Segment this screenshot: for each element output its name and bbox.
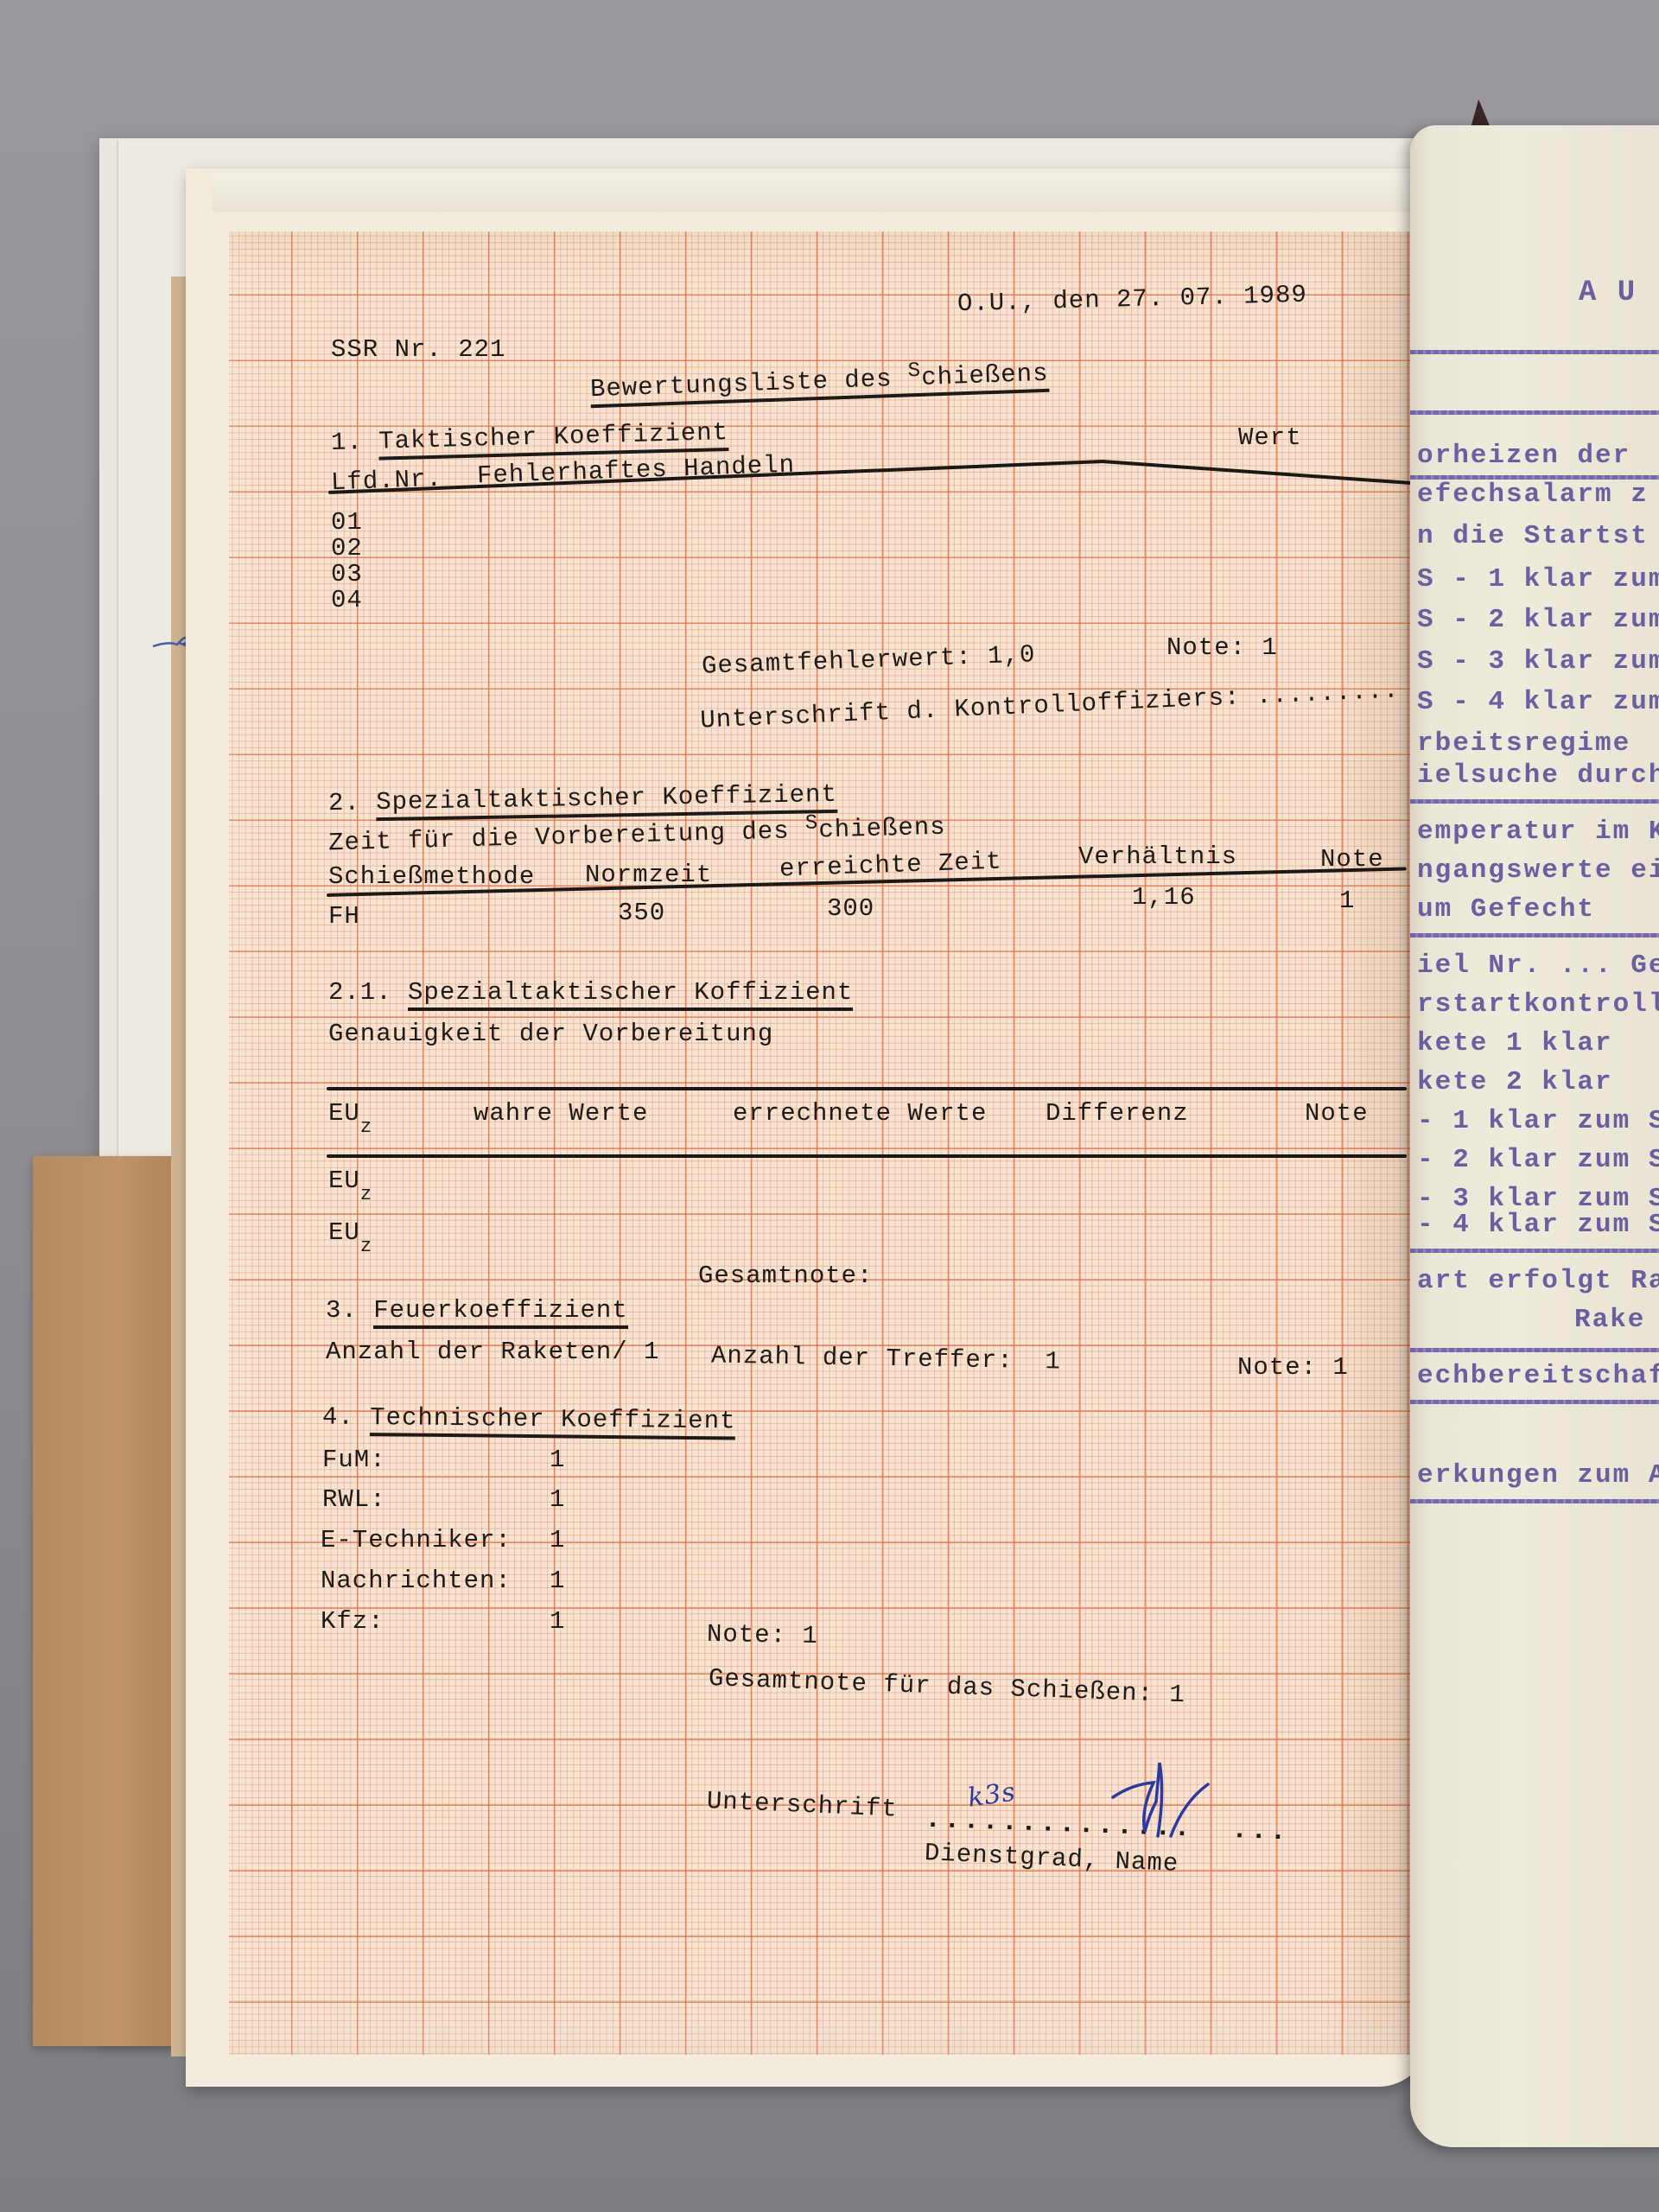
section21-col-true: wahre Werte [474,1099,648,1128]
tech-item-kfz-value: 1 [550,1607,565,1636]
section4-number: 4. [322,1402,354,1431]
adjacent-page: A U orheizen der efechsalarm z n die Sta… [1410,125,1659,2147]
section1-row-04: 04 [331,586,363,614]
right-line: S - 1 klar zum [1417,564,1659,594]
reference-number: SSR Nr. 221 [331,335,505,364]
right-line: S - 2 klar zum [1417,605,1659,635]
tech-item-nachrichten-label: Nachrichten: [321,1567,512,1595]
section4-title: Technischer Koeffizient [370,1403,736,1440]
right-line: orheizen der [1417,441,1630,471]
right-line: ngangswerte ein [1417,855,1659,886]
euz-label: EU [328,1166,360,1195]
right-line: - 1 klar zum St [1417,1106,1659,1136]
section21-col-euz: EUz [328,1099,372,1128]
stamp-rule [1410,799,1659,804]
stamp-rule [1410,350,1659,354]
right-line: erkungen zum An [1417,1460,1659,1491]
right-line: - 4 klar zum St [1417,1210,1659,1240]
right-line: kete 2 klar [1417,1067,1613,1097]
right-line: echbereitschaft [1417,1361,1659,1391]
stamp-rule [1410,1348,1659,1352]
stamp-rule [1410,410,1659,415]
section2-col-method: Schießmethode [328,862,535,891]
right-line: um Gefecht [1417,894,1595,925]
section21-title: Spezialtaktischer Koffizient [408,978,853,1011]
tech-item-etechniker-value: 1 [550,1526,565,1554]
tech-item-fum-value: 1 [550,1446,565,1474]
section1-number: 1. [331,428,364,457]
section3-number: 3. [326,1296,358,1325]
wert-label: Wert [1238,423,1302,452]
tech-item-kfz-label: Kfz: [321,1607,385,1636]
section2-method-value: FH [328,902,360,931]
section21-heading: 2.1. Spezialtaktischer Koffizient [328,978,853,1007]
right-line: S - 3 klar zum [1417,646,1659,677]
right-line: - 2 klar zum St [1417,1145,1659,1175]
section21-header-rule [327,1154,1407,1158]
right-line: efechsalarm z [1417,480,1649,510]
section21-row-1: EUz [328,1166,372,1195]
euz-label: EU [328,1218,360,1247]
tech-item-rwl-label: RWL: [322,1485,386,1514]
section2-note-value: 1 [1339,887,1355,915]
section21-top-rule [327,1087,1407,1090]
title-s: S [907,359,921,384]
section2-subtitle-suffix: chießens [818,813,946,845]
right-line: kete 1 klar [1417,1028,1613,1058]
euz-subscript: z [360,1184,372,1205]
tan-cardboard-strip [33,1156,175,2046]
section2-ratio-value: 1,16 [1132,883,1196,912]
euz-subscript: z [360,1236,372,1257]
section2-achieved-value: 300 [827,894,874,923]
right-line: ielsuche durchf [1417,760,1659,791]
right-line: rstartkontrolle [1417,989,1659,1020]
page-top-fold [212,173,1421,212]
right-line: S - 4 klar zum [1417,687,1659,717]
section3-hits: Anzahl der Treffer: 1 [711,1341,1061,1376]
section3-note: Note: 1 [1237,1353,1349,1382]
section21-col-difference: Differenz [1046,1099,1189,1128]
tech-item-fum-label: FuM: [322,1446,386,1474]
handwritten-signature-icon [1106,1750,1227,1853]
euz-label: EU [328,1099,360,1128]
section3-title: Feuerkoeffizient [373,1296,627,1329]
section2-number: 2. [328,788,360,817]
section1-row-02: 02 [331,534,363,563]
section21-col-note: Note [1305,1099,1369,1128]
section21-number: 2.1. [328,978,392,1007]
section4-heading: 4. Technischer Koeffizient [322,1402,736,1435]
section2-subtitle-s: S [804,812,818,836]
stamp-rule [1410,1400,1659,1404]
right-line: emperatur im Kor [1417,817,1659,847]
title-suffix: chießens [921,359,1049,392]
section21-total-note: Gesamtnote: [698,1262,873,1290]
section21-col-computed: errechnete Werte [733,1099,987,1128]
stamp-rule [1410,1249,1659,1253]
section21-subtitle: Genauigkeit der Vorbereitung [328,1020,773,1048]
section3-rockets: Anzahl der Raketen/ 1 [326,1338,659,1366]
section1-note: Note: 1 [1166,633,1278,662]
euz-subscript: z [360,1116,372,1138]
tech-item-etechniker-label: E-Techniker: [321,1526,512,1554]
right-line: iel Nr. ... Genau [1417,950,1659,981]
right-line: rbeitsregime [1417,728,1630,759]
stamp-rule [1410,1499,1659,1503]
stamp-rule [1410,933,1659,938]
graph-grid [229,232,1417,2055]
section21-row-2: EUz [328,1218,372,1247]
right-line: Rake [1574,1305,1645,1335]
tech-item-rwl-value: 1 [550,1485,565,1514]
section4-note: Note: 1 [707,1620,818,1650]
section2-normzeit-value: 350 [618,899,665,927]
section2-col-ratio: Verhältnis [1078,842,1237,871]
section1-row-03: 03 [331,560,363,588]
right-line: n die Startst [1417,521,1649,551]
section1-row-01: 01 [331,508,363,537]
right-page-heading: A U [1579,276,1637,309]
right-line: art erfolgt Rake [1417,1266,1659,1296]
section3-heading: 3. Feuerkoeffizient [326,1296,628,1325]
tech-item-nachrichten-value: 1 [550,1567,565,1595]
